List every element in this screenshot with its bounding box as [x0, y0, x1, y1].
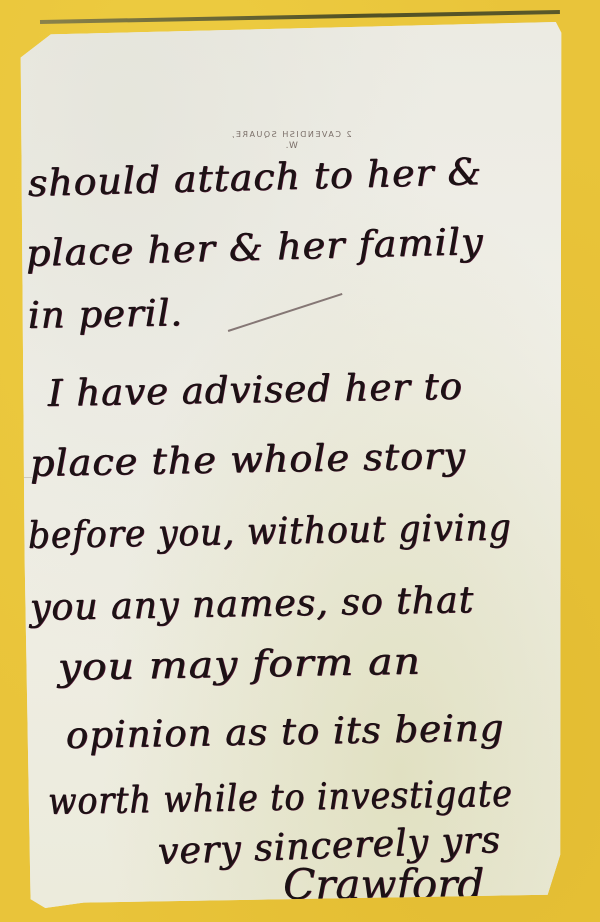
- letter-line-8: you may form an: [58, 640, 422, 689]
- letter-line-7: you any names, so that: [30, 578, 475, 629]
- pen-stroke: [228, 293, 343, 332]
- letter-line-2: place her & her family: [25, 220, 484, 275]
- signature: Crawford: [283, 860, 484, 909]
- letter-line-6: before you, without giving: [28, 506, 512, 557]
- letter-line-4: I have advised her to: [48, 365, 464, 415]
- letter-line-3: in peril.: [28, 291, 184, 337]
- letter-page: 2 CAVENDISH SQUARE, W. should attach to …: [18, 22, 564, 908]
- letter-line-9: opinion as to its being: [66, 706, 505, 757]
- letter-line-1: should attach to her &: [27, 150, 482, 205]
- letter-body: should attach to her & place her & her f…: [18, 22, 564, 908]
- paper-top-edge: [40, 10, 560, 24]
- letter-line-5: place the whole story: [30, 434, 467, 485]
- signature-underline: [318, 905, 458, 911]
- letter-line-10: worth while to investigate: [48, 772, 514, 823]
